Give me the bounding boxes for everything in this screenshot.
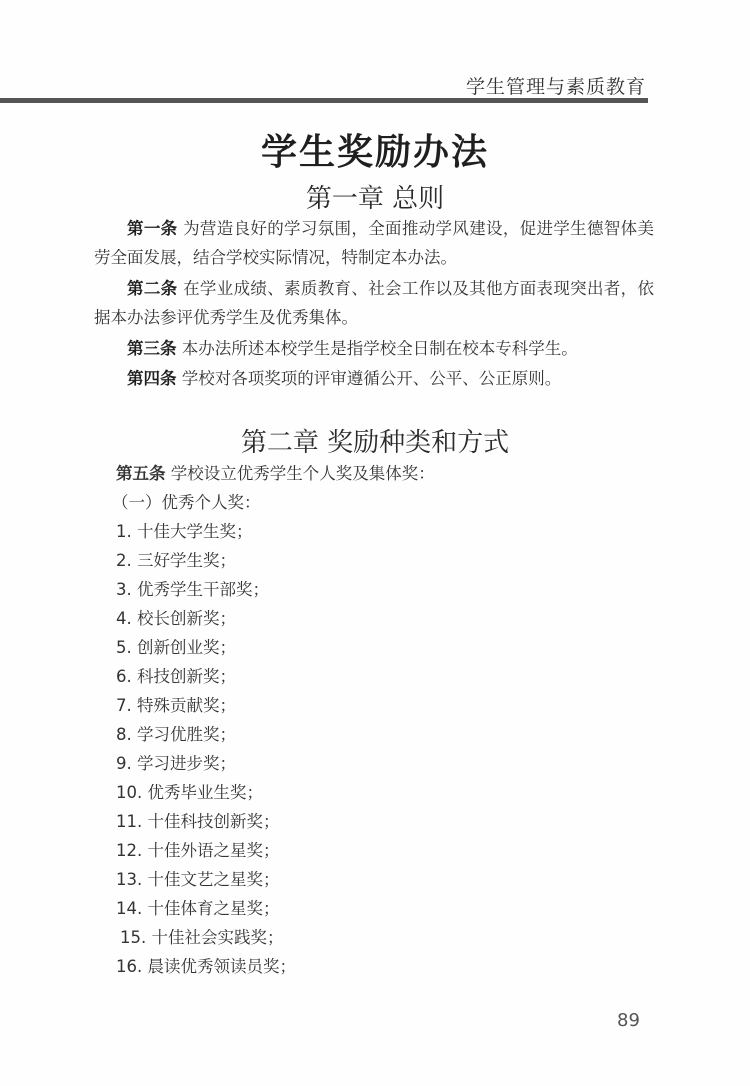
list-item: 7. 特殊贡献奖； xyxy=(116,692,236,716)
list-item: 5. 创新创业奖； xyxy=(116,634,236,658)
chapter-1-heading: 第一章 总则 xyxy=(0,178,750,215)
page-number: 89 xyxy=(617,1010,640,1031)
article-text: 本办法所述本校学生是指学校全日制在校本专科学生。 xyxy=(182,339,578,358)
article-4: 第四条 学校对各项奖项的评审遵循公开、公平、公正原则。 xyxy=(94,364,654,393)
article-2: 第二条 在学业成绩、素质教育、社会工作以及其他方面表现突出者，依据本办法参评优秀… xyxy=(94,274,654,332)
article-label: 第四条 xyxy=(127,369,177,388)
sub-heading: （一）优秀个人奖： xyxy=(112,489,261,513)
chapter-2-heading: 第二章 奖励种类和方式 xyxy=(0,422,750,459)
article-text: 学校设立优秀学生个人奖及集体奖： xyxy=(171,464,435,483)
list-item: 10. 优秀毕业生奖； xyxy=(116,779,263,803)
article-label: 第三条 xyxy=(127,339,177,358)
header-rule xyxy=(0,98,648,103)
document-title: 学生奖励办法 xyxy=(0,124,750,175)
list-item: 3. 优秀学生干部奖； xyxy=(116,576,269,600)
list-item: 6. 科技创新奖； xyxy=(116,663,236,687)
list-item: 11. 十佳科技创新奖； xyxy=(116,808,280,832)
article-text: 学校对各项奖项的评审遵循公开、公平、公正原则。 xyxy=(182,369,562,388)
list-item: 4. 校长创新奖； xyxy=(116,605,236,629)
article-label: 第五条 xyxy=(116,464,166,483)
list-item: 2. 三好学生奖； xyxy=(116,547,236,571)
article-3: 第三条 本办法所述本校学生是指学校全日制在校本专科学生。 xyxy=(94,334,654,363)
article-text: 为营造良好的学习氛围，全面推动学风建设，促进学生德智体美劳全面发展，结合学校实际… xyxy=(94,219,654,267)
article-5: 第五条 学校设立优秀学生个人奖及集体奖： xyxy=(116,460,435,484)
running-head: 学生管理与素质教育 xyxy=(466,72,646,99)
list-item: 8. 学习优胜奖； xyxy=(116,721,236,745)
list-item: 9. 学习进步奖； xyxy=(116,750,236,774)
article-label: 第一条 xyxy=(127,219,178,238)
list-item: 14. 十佳体育之星奖； xyxy=(116,895,280,919)
article-1: 第一条 为营造良好的学习氛围，全面推动学风建设，促进学生德智体美劳全面发展，结合… xyxy=(94,214,654,272)
list-item: 15. 十佳社会实践奖； xyxy=(120,924,284,948)
list-item: 16. 晨读优秀领读员奖； xyxy=(116,953,296,977)
article-label: 第二条 xyxy=(127,279,178,298)
list-item: 1. 十佳大学生奖； xyxy=(116,518,253,542)
list-item: 13. 十佳文艺之星奖； xyxy=(116,866,280,890)
article-text: 在学业成绩、素质教育、社会工作以及其他方面表现突出者，依据本办法参评优秀学生及优… xyxy=(94,279,654,327)
list-item: 12. 十佳外语之星奖； xyxy=(116,837,280,861)
